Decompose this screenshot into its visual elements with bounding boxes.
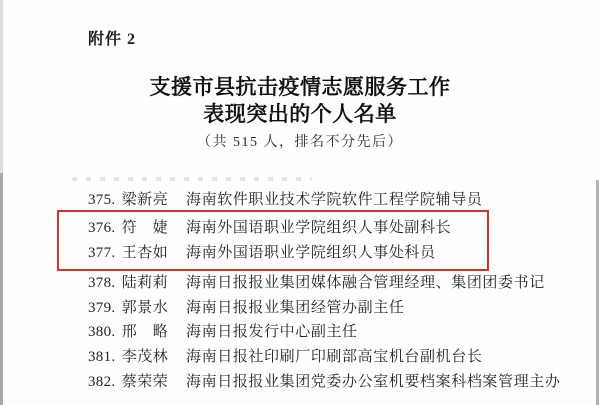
item-number: 378. [88,275,118,292]
item-role: 海南日报发行中心副主任 [186,324,358,340]
list-item: 379. 郭景水 海南日报报业集团经管办副主任 [88,300,404,318]
item-number: 381. [88,349,118,366]
item-name: 李茂林 [122,349,169,366]
item-role: 海南日报报业集团党委办公室机要档案科档案管理主办 [186,374,560,390]
item-number: 377. [88,245,118,262]
item-number: 382. [88,374,118,391]
item-number: 380. [88,324,118,341]
item-role: 海南日报社印刷厂印刷部高宝机台副机台长 [186,349,482,365]
item-number: 376. [88,220,118,237]
item-name: 陆莉莉 [122,275,169,292]
item-role: 海南外国语职业学院组织人事处科员 [186,245,436,261]
list-item: 378. 陆莉莉 海南日报报业集团媒体融合管理经理、集团团委书记 [88,275,545,293]
item-role: 海南外国语职业学院组织人事处副科长 [186,220,451,236]
item-name: 符 婕 [122,220,169,237]
list-item: 381. 李茂林 海南日报社印刷厂印刷部高宝机台副机台长 [88,349,482,367]
item-number: 375. [88,192,118,209]
item-number: 379. [88,300,118,317]
list-item: 382. 蔡荣荣 海南日报报业集团党委办公室机要档案科档案管理主办 [88,374,560,392]
item-role: 海南软件职业技术学院软件工程学院辅导员 [186,192,482,208]
list-item: 375. 梁新亮 海南软件职业技术学院软件工程学院辅导员 [88,192,482,210]
item-name: 郭景水 [122,300,169,317]
item-name: 梁新亮 [122,192,169,209]
item-name: 蔡荣荣 [122,374,169,391]
list-item: 377. 王杏如 海南外国语职业学院组织人事处科员 [88,245,436,263]
list-item: 380. 邢 略 海南日报发行中心副主任 [88,324,358,342]
item-role: 海南日报报业集团经管办副主任 [186,300,404,316]
name-list: 375. 梁新亮 海南软件职业技术学院软件工程学院辅导员 376. 符 婕 海南… [0,0,600,405]
item-name: 邢 略 [122,324,169,341]
list-item: 376. 符 婕 海南外国语职业学院组织人事处副科长 [88,220,451,238]
item-name: 王杏如 [122,245,169,262]
document-page: 附件 2 支援市县抗击疫情志愿服务工作 表现突出的个人名单 （共 515 人，排… [0,0,600,405]
item-role: 海南日报报业集团媒体融合管理经理、集团团委书记 [186,275,545,291]
